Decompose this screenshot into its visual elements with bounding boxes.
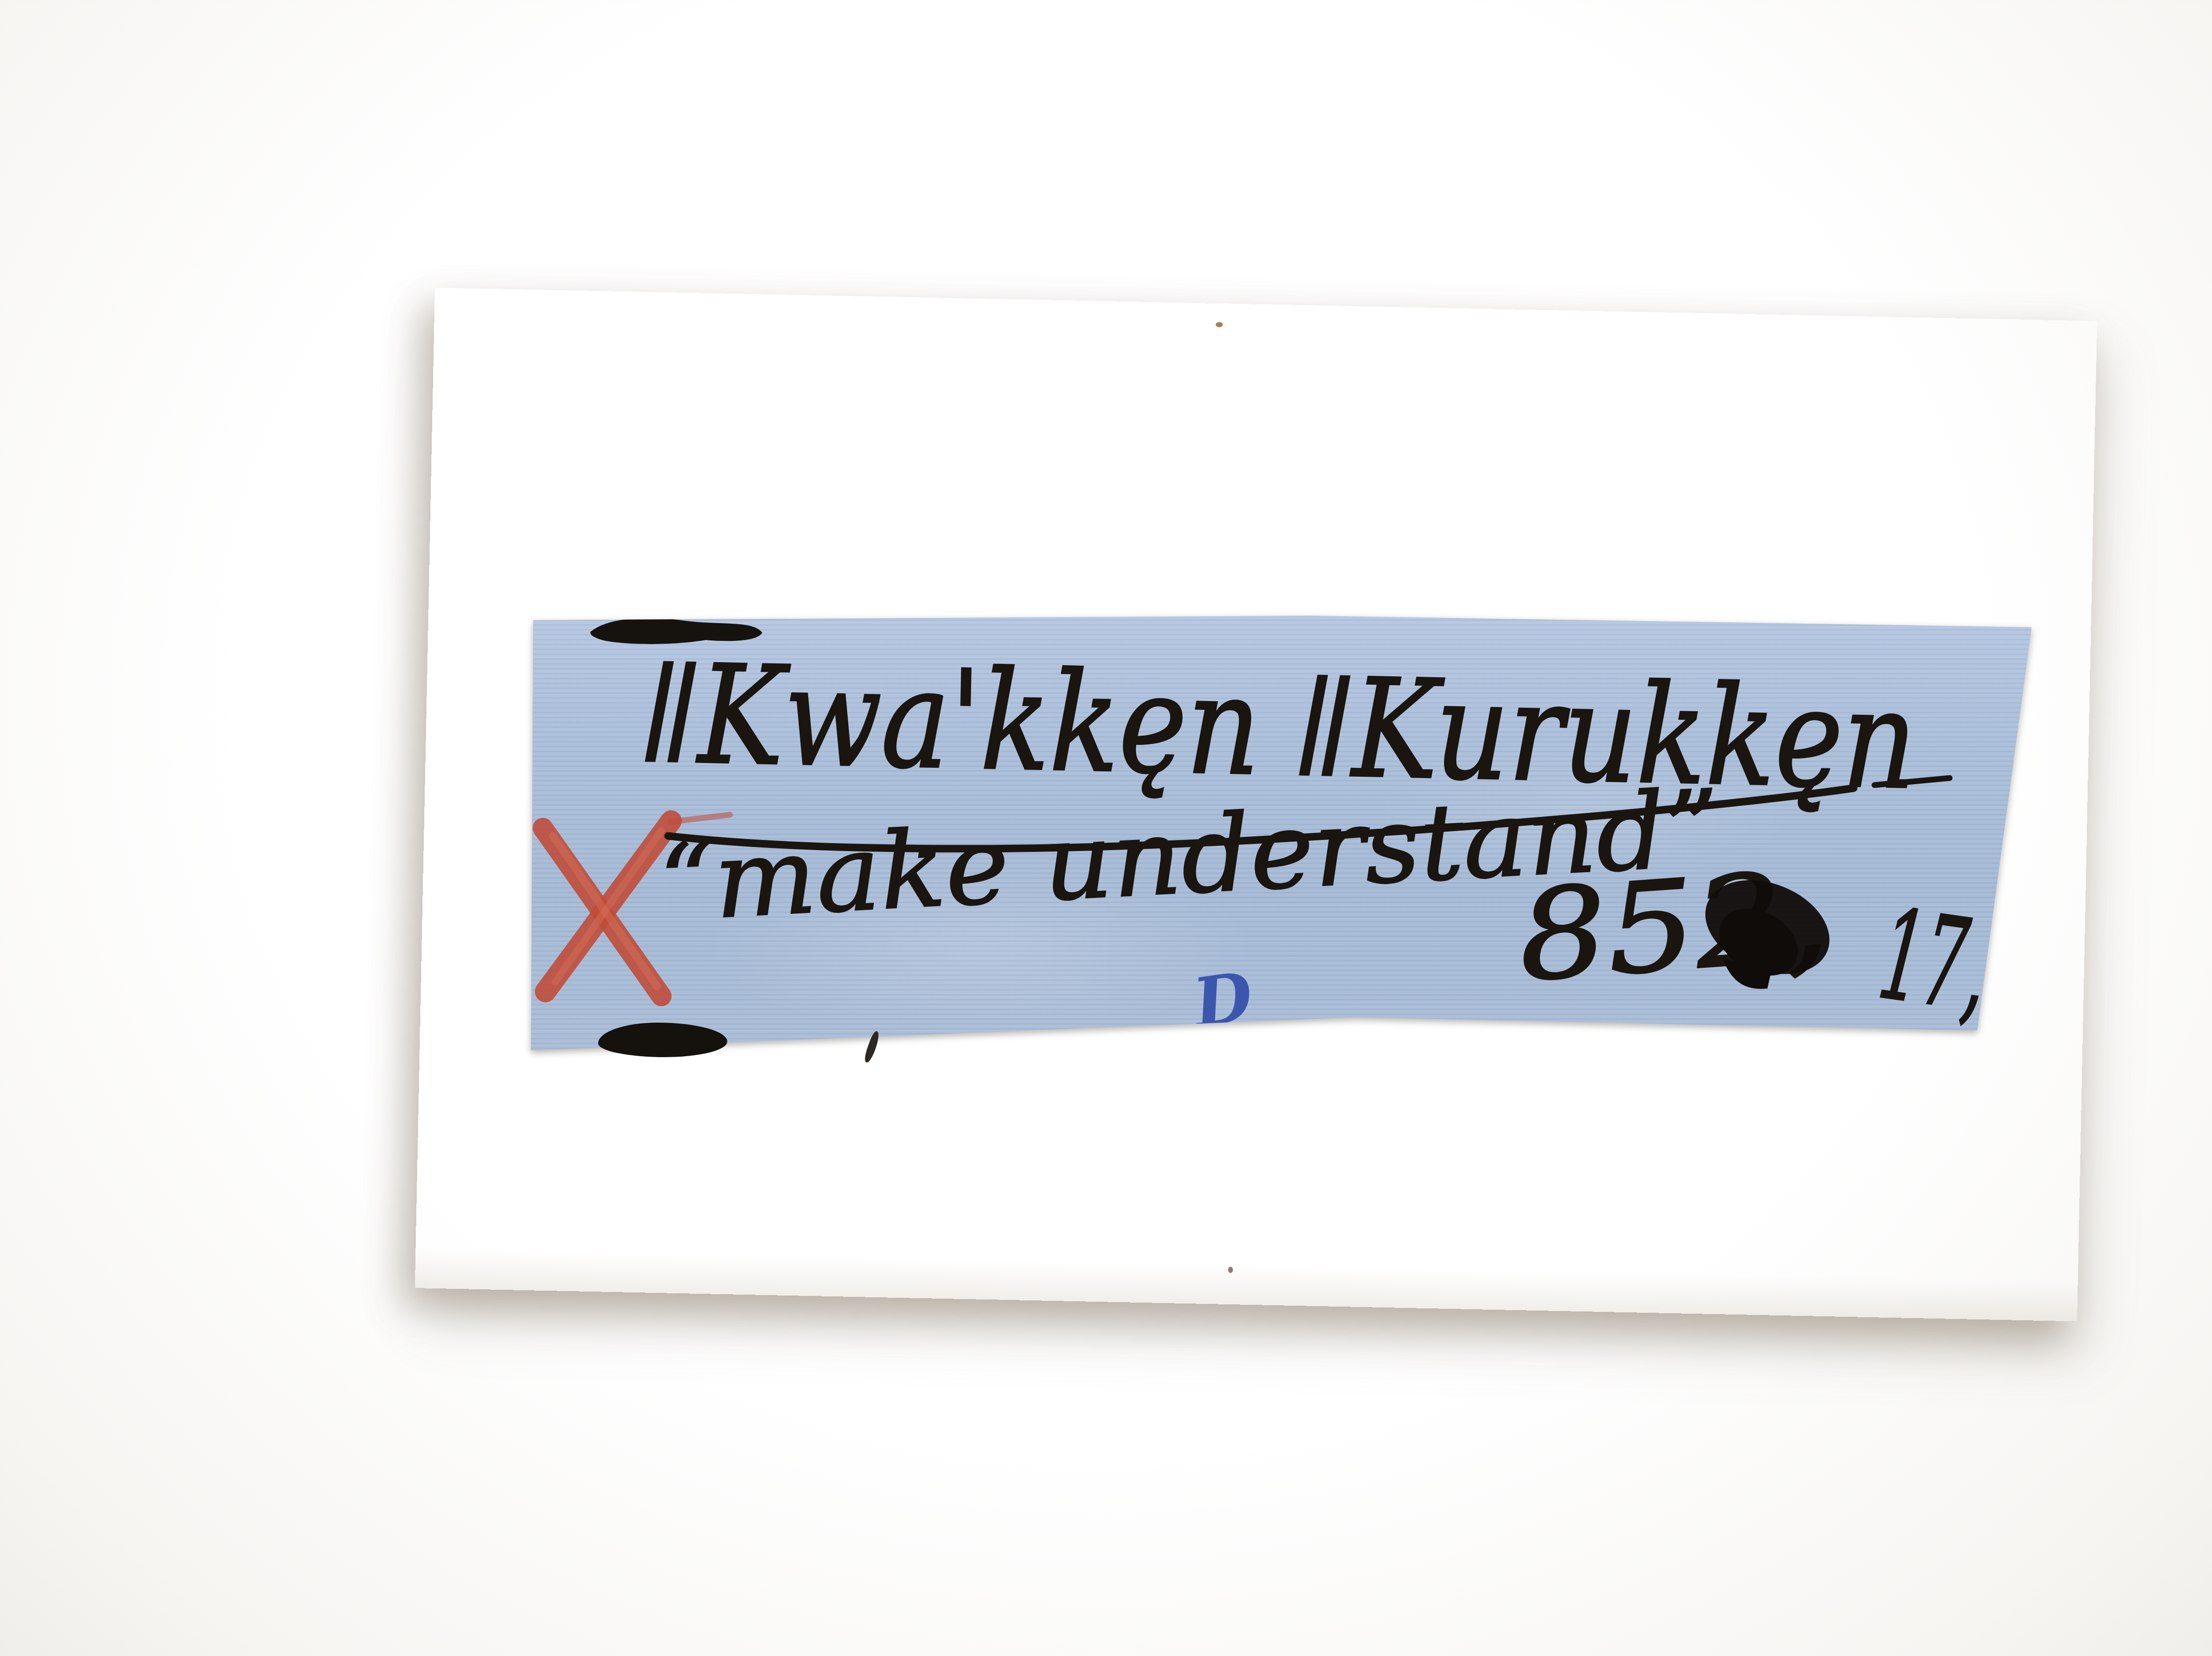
- paper-speck: [1228, 1267, 1233, 1273]
- handwriting-layer: ǁKwa'kkęn ǁKurukkęn “make understand” 85…: [529, 615, 2033, 1057]
- reference-number-right: 17,: [1872, 883, 1997, 1040]
- blue-letter-mark: D: [1187, 956, 1257, 1043]
- photo-of-archival-slip: { "scene": { "description": "Photograph …: [0, 0, 2212, 1656]
- paper-speck: [1216, 322, 1223, 327]
- pasted-blue-slip: ǁKwa'kkęn ǁKurukkęn “make understand” 85…: [529, 615, 2033, 1057]
- blue-slip-paper: ǁKwa'kkęn ǁKurukkęn “make understand” 85…: [529, 615, 2033, 1057]
